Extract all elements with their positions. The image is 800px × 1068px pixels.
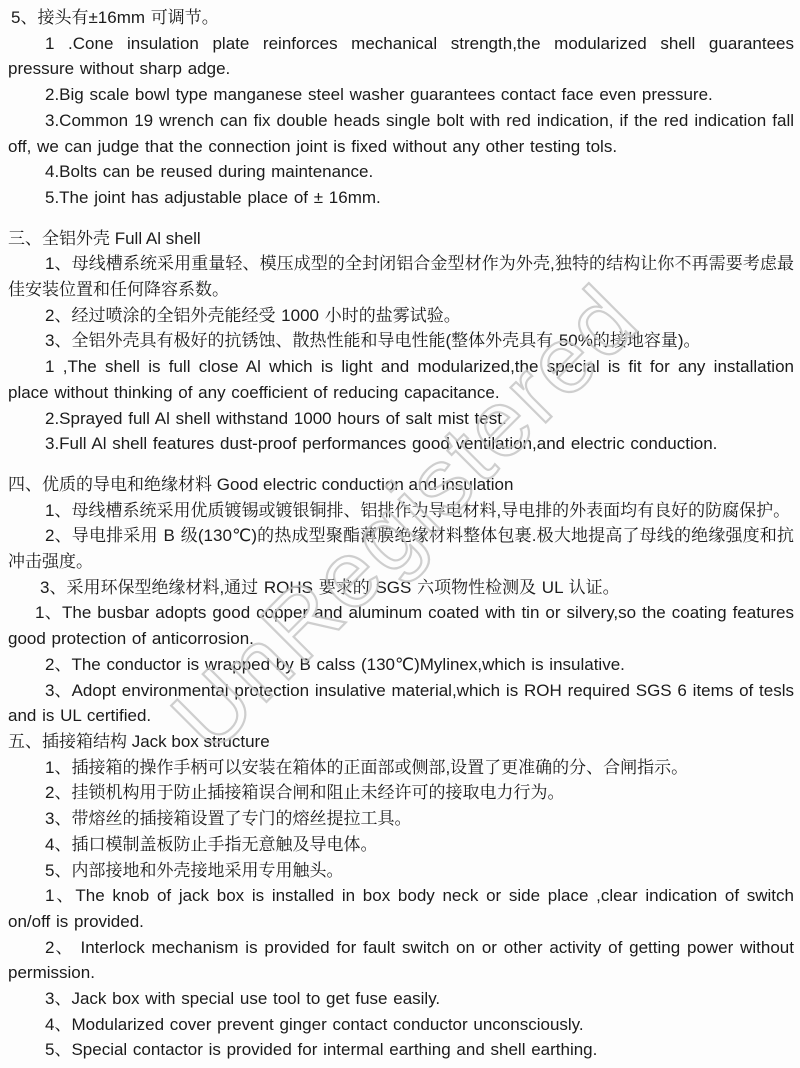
section-gap: [8, 457, 794, 472]
paragraph: 3、全铝外壳具有极好的抗锈蚀、散热性能和导电性能(整体外壳具有 50%的接地容量…: [8, 328, 794, 354]
paragraph: 1 ,The shell is full close Al which is l…: [8, 354, 794, 405]
section-heading: 五、插接箱结构 Jack box structure: [8, 729, 794, 755]
paragraph: 2、 Interlock mechanism is provided for f…: [8, 935, 794, 986]
paragraph: 3.Common 19 wrench can fix double heads …: [8, 108, 794, 159]
document-body: 5、接头有±16mm 可调节。1 .Cone insulation plate …: [0, 0, 800, 1063]
paragraph: 2、The conductor is wrapped by B calss (1…: [8, 652, 794, 678]
paragraph: 2.Big scale bowl type manganese steel wa…: [8, 82, 794, 108]
paragraph: 3、Adopt environmental protection insulat…: [8, 678, 794, 729]
paragraph: 2、挂锁机构用于防止插接箱误合闸和阻止未经许可的接取电力行为。: [8, 780, 794, 806]
section-heading: 三、全铝外壳 Full Al shell: [8, 226, 794, 252]
paragraph: 5、接头有±16mm 可调节。: [8, 5, 794, 31]
paragraph: 3、采用环保型绝缘材料,通过 ROHS 要求的 SGS 六项物性检测及 UL 认…: [8, 575, 794, 601]
paragraph: 1、The busbar adopts good copper and alum…: [8, 600, 794, 651]
paragraph: 3.Full Al shell features dust-proof perf…: [8, 431, 794, 457]
paragraph: 2、经过喷涂的全铝外壳能经受 1000 小时的盐雾试验。: [8, 303, 794, 329]
document-page: 5、接头有±16mm 可调节。1 .Cone insulation plate …: [0, 0, 800, 1068]
paragraph: 5.The joint has adjustable place of ± 16…: [8, 185, 794, 211]
paragraph: 1、插接箱的操作手柄可以安装在箱体的正面部或侧部,设置了更准确的分、合闸指示。: [8, 755, 794, 781]
paragraph: 1、The knob of jack box is installed in b…: [8, 883, 794, 934]
paragraph: 1、母线槽系统采用重量轻、模压成型的全封闭铝合金型材作为外壳,独特的结构让你不再…: [8, 251, 794, 302]
paragraph: 2.Sprayed full Al shell withstand 1000 h…: [8, 406, 794, 432]
section-heading: 四、优质的导电和绝缘材料 Good electric conduction an…: [8, 472, 794, 498]
paragraph: 4、Modularized cover prevent ginger conta…: [8, 1012, 794, 1038]
section-gap: [8, 211, 794, 226]
paragraph: 4.Bolts can be reused during maintenance…: [8, 159, 794, 185]
paragraph: 5、Special contactor is provided for inte…: [8, 1037, 794, 1063]
paragraph: 3、Jack box with special use tool to get …: [8, 986, 794, 1012]
paragraph: 1、母线槽系统采用优质镀锡或镀银铜排、铝排作为导电材料,导电排的外表面均有良好的…: [8, 498, 794, 524]
paragraph: 5、内部接地和外壳接地采用专用触头。: [8, 858, 794, 884]
paragraph: 4、插口模制盖板防止手指无意触及导电体。: [8, 832, 794, 858]
paragraph: 3、带熔丝的插接箱设置了专门的熔丝提拉工具。: [8, 806, 794, 832]
paragraph: 1 .Cone insulation plate reinforces mech…: [8, 31, 794, 82]
paragraph: 2、导电排采用 B 级(130℃)的热成型聚酯薄膜绝缘材料整体包裹.极大地提高了…: [8, 523, 794, 574]
